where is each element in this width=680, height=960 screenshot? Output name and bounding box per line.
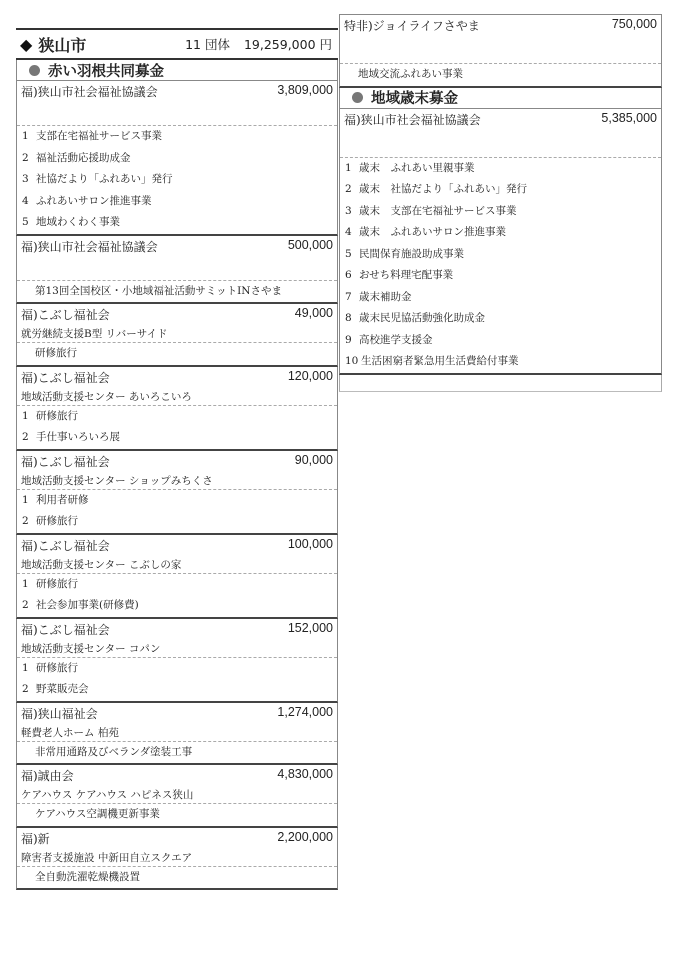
section-header-year-end: 地域歳末募金 bbox=[339, 88, 662, 109]
divider bbox=[340, 37, 661, 64]
org-amount: 4,830,000 bbox=[277, 767, 333, 781]
project-item: 2研修旅行 bbox=[17, 511, 337, 533]
project-item: 2野菜販売会 bbox=[17, 679, 337, 701]
project-item: 非常用通路及びベランダ塗装工事 bbox=[17, 742, 337, 764]
project-item: 3歳末 支部在宅福祉サービス事業 bbox=[340, 201, 661, 223]
divider bbox=[340, 131, 661, 158]
project-item: 3社協だより「ふれあい」発行 bbox=[17, 169, 337, 191]
divider bbox=[17, 258, 337, 281]
project-item: 1歳末 ふれあい里親事業 bbox=[340, 158, 661, 180]
org-name: 特非)ジョイライフさやま bbox=[344, 17, 480, 34]
org-name: 福)狭山市社会福祉協議会 bbox=[21, 238, 158, 255]
project-item: 2歳末 社協だより「ふれあい」発行 bbox=[340, 179, 661, 201]
org-amount: 500,000 bbox=[288, 238, 333, 252]
org-name: 福)こぶし福祉会 bbox=[21, 453, 110, 470]
org-amount: 2,200,000 bbox=[277, 830, 333, 844]
project-item: 7歳末補助金 bbox=[340, 287, 661, 309]
org-name: 福)狭山市社会福祉協議会 bbox=[344, 111, 481, 128]
section-title: 地域歳末募金 bbox=[371, 87, 458, 108]
org-block: 福)こぶし福祉会90,000 地域活動支援センター ショップみちくさ 1利用者研… bbox=[16, 451, 338, 535]
project-item: 全自動洗濯乾燥機設置 bbox=[17, 867, 337, 889]
facility-name: 就労継続支援B型 リバーサイド bbox=[17, 326, 337, 343]
section-title: 赤い羽根共同募金 bbox=[48, 60, 164, 81]
project-item: 1研修旅行 bbox=[17, 406, 337, 428]
empty-row bbox=[339, 375, 662, 392]
org-amount: 100,000 bbox=[288, 537, 333, 551]
bullet-circle-icon bbox=[29, 65, 40, 76]
section-header-red-feather: 赤い羽根共同募金 bbox=[16, 60, 338, 81]
city-name: 狭山市 bbox=[38, 33, 185, 56]
org-amount: 120,000 bbox=[288, 369, 333, 383]
org-block: 福)狭山市社会福祉協議会3,809,000 1支部在宅福祉サービス事業 2福祉活… bbox=[16, 81, 338, 236]
org-name: 福)こぶし福祉会 bbox=[21, 621, 110, 638]
org-amount: 3,809,000 bbox=[277, 83, 333, 97]
project-item: 4ふれあいサロン推進事業 bbox=[17, 191, 337, 213]
facility-name: 地域活動支援センター こぶしの家 bbox=[17, 557, 337, 574]
org-name: 福)狭山市社会福祉協議会 bbox=[21, 83, 158, 100]
project-item: 5民間保育施設助成事業 bbox=[340, 244, 661, 266]
city-total: 19,259,000 円 bbox=[244, 35, 332, 53]
project-item: ケアハウス空調機更新事業 bbox=[17, 804, 337, 826]
city-header: ◆ 狭山市 11 団体 19,259,000 円 bbox=[16, 28, 338, 60]
divider bbox=[17, 103, 337, 126]
project-item: 第13回全国校区・小地域福祉活動サミットINさやま bbox=[17, 281, 337, 303]
org-amount: 1,274,000 bbox=[277, 705, 333, 719]
left-column: ◆ 狭山市 11 団体 19,259,000 円 赤い羽根共同募金 福)狭山市社… bbox=[16, 28, 338, 890]
facility-name: 障害者支援施設 中新田自立スクエア bbox=[17, 850, 337, 867]
org-block: 福)こぶし福祉会100,000 地域活動支援センター こぶしの家 1研修旅行 2… bbox=[16, 535, 338, 619]
project-item: 2手仕事いろいろ展 bbox=[17, 427, 337, 449]
org-name: 福)こぶし福祉会 bbox=[21, 369, 110, 386]
project-item: 研修旅行 bbox=[17, 343, 337, 365]
org-block: 福)誠由会4,830,000 ケアハウス ケアハウス ハピネス狭山 ケアハウス空… bbox=[16, 765, 338, 828]
project-item: 8歳末民児協活動強化助成金 bbox=[340, 308, 661, 330]
project-item: 1研修旅行 bbox=[17, 658, 337, 680]
org-name: 福)誠由会 bbox=[21, 767, 74, 784]
project-item: 5地域わくわく事業 bbox=[17, 212, 337, 234]
right-column: 特非)ジョイライフさやま750,000 地域交流ふれあい事業 地域歳末募金 福)… bbox=[339, 14, 662, 392]
bullet-circle-icon bbox=[352, 92, 363, 103]
project-item: 地域交流ふれあい事業 bbox=[340, 64, 661, 86]
project-item: 1利用者研修 bbox=[17, 490, 337, 512]
project-item: 6おせち料理宅配事業 bbox=[340, 265, 661, 287]
org-count: 11 団体 bbox=[185, 35, 230, 53]
org-amount: 152,000 bbox=[288, 621, 333, 635]
project-item: 1支部在宅福祉サービス事業 bbox=[17, 126, 337, 148]
org-block: 福)狭山市社会福祉協議会500,000 第13回全国校区・小地域福祉活動サミット… bbox=[16, 236, 338, 305]
org-block: 特非)ジョイライフさやま750,000 地域交流ふれあい事業 bbox=[339, 14, 662, 88]
org-block: 福)こぶし福祉会49,000 就労継続支援B型 リバーサイド 研修旅行 bbox=[16, 304, 338, 367]
project-item: 9高校進学支援金 bbox=[340, 330, 661, 352]
org-name: 福)こぶし福祉会 bbox=[21, 306, 110, 323]
project-item: 2社会参加事業(研修費) bbox=[17, 595, 337, 617]
org-name: 福)新 bbox=[21, 830, 50, 847]
org-block: 福)こぶし福祉会152,000 地域活動支援センター コパン 1研修旅行 2野菜… bbox=[16, 619, 338, 703]
org-name: 福)狭山福祉会 bbox=[21, 705, 98, 722]
org-name: 福)こぶし福祉会 bbox=[21, 537, 110, 554]
facility-name: ケアハウス ケアハウス ハピネス狭山 bbox=[17, 787, 337, 804]
facility-name: 地域活動支援センター コパン bbox=[17, 641, 337, 658]
org-amount: 49,000 bbox=[295, 306, 333, 320]
facility-name: 軽費老人ホーム 柏苑 bbox=[17, 725, 337, 742]
diamond-icon: ◆ bbox=[20, 35, 32, 54]
org-block: 福)狭山福祉会1,274,000 軽費老人ホーム 柏苑 非常用通路及びベランダ塗… bbox=[16, 703, 338, 766]
org-amount: 90,000 bbox=[295, 453, 333, 467]
org-amount: 750,000 bbox=[612, 17, 657, 31]
org-block: 福)こぶし福祉会120,000 地域活動支援センター あいろこいろ 1研修旅行 … bbox=[16, 367, 338, 451]
project-item: 10生活困窮者緊急用生活費給付事業 bbox=[340, 351, 661, 373]
org-amount: 5,385,000 bbox=[601, 111, 657, 125]
org-block: 福)狭山市社会福祉協議会5,385,000 1歳末 ふれあい里親事業 2歳末 社… bbox=[339, 109, 662, 375]
org-block: 福)新2,200,000 障害者支援施設 中新田自立スクエア 全自動洗濯乾燥機設… bbox=[16, 828, 338, 891]
facility-name: 地域活動支援センター あいろこいろ bbox=[17, 389, 337, 406]
project-item: 4歳末 ふれあいサロン推進事業 bbox=[340, 222, 661, 244]
facility-name: 地域活動支援センター ショップみちくさ bbox=[17, 473, 337, 490]
project-item: 2福祉活動応援助成金 bbox=[17, 148, 337, 170]
project-item: 1研修旅行 bbox=[17, 574, 337, 596]
